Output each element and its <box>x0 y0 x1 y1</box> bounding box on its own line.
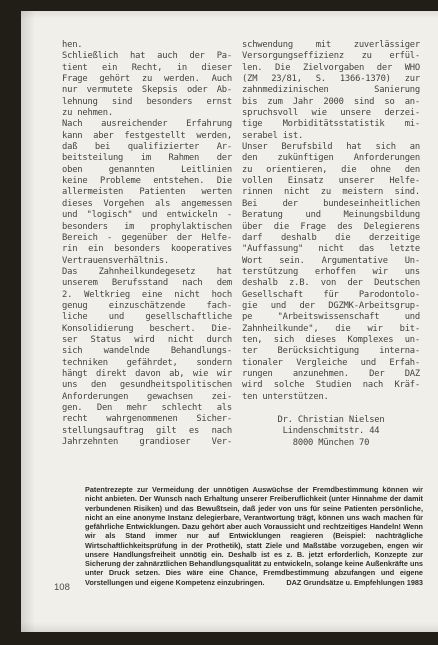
text-line: ten, sich dieses Komplexes un- <box>242 335 420 346</box>
text-line: allermeisten Patienten werten <box>62 187 232 198</box>
text-line: hen. <box>62 40 232 51</box>
text-line: zu nehmen. <box>62 108 232 119</box>
text-line: schwendung mit zuverlässiger <box>242 40 420 51</box>
text-line: Konsolidierung beschert. Die- <box>62 324 232 335</box>
article-right-column: schwendung mit zuverlässigerVersorgungse… <box>242 40 420 449</box>
text-line: besonders im prophylaktischen <box>62 222 232 233</box>
text-line: tige Morbiditätsstatistik mi- <box>242 119 420 130</box>
article-left-column: hen.Schließlich hat auch der Pa-tient ei… <box>62 40 232 449</box>
text-line: darf deshalb die derzeitige <box>242 233 420 244</box>
text-line: Beratung und Meinungsbildung <box>242 210 420 221</box>
text-line: hängt direkt davon ab, wie wir <box>62 369 232 380</box>
text-line: Wort sein. Argumentative Un- <box>242 256 420 267</box>
author-signature-block: Dr. Christian NielsenLindenschmitstr. 44… <box>242 415 420 449</box>
text-line: rinnen nicht zu meistern sind. <box>242 187 420 198</box>
text-line: liche und gesellschaftliche <box>62 312 232 323</box>
text-line: Anforderungen gewachsen zei- <box>62 392 232 403</box>
text-line: techniken gefährdet, sondern <box>62 358 232 369</box>
article-right-column-text: schwendung mit zuverlässigerVersorgungse… <box>242 40 420 403</box>
text-line: Versorgungseffizienz zu erfül- <box>242 51 420 62</box>
text-line: kann aber festgestellt werden, <box>62 131 232 142</box>
text-line: uns den gesundheitspolitischen <box>62 380 232 391</box>
article-body: hen.Schließlich hat auch der Pa-tient ei… <box>62 40 420 449</box>
text-line: keine Probleme entstehen. Die <box>62 176 232 187</box>
text-line: wird solche Studien nach Kräf- <box>242 380 420 391</box>
text-line: Frage gehört zu werden. Auch <box>62 74 232 85</box>
text-line: genug einzuschätzende fach- <box>62 301 232 312</box>
text-line: oben genannten Leitlinien <box>62 165 232 176</box>
text-line: dieses Vorgehen als angemessen <box>62 199 232 210</box>
text-line: Bei der bundeseinheitlichen <box>242 199 420 210</box>
text-line: Gesellschaft für Parodontolo- <box>242 290 420 301</box>
text-line: recht wahrgenommenen Sicher- <box>62 414 232 425</box>
text-line: deshalb z.B. von der Deutschen <box>242 278 420 289</box>
text-line: Jahrzehnten grandioser Ver- <box>62 437 232 448</box>
text-line: unserem Berufsstand nach dem <box>62 278 232 289</box>
text-line: stellungsauftrag gilt es nach <box>62 426 232 437</box>
text-line: lehnung sind besonders ernst <box>62 97 232 108</box>
text-line: (ZM 23/81, S. 1366-1370) zur <box>242 74 420 85</box>
text-line: terstützung erhoffen wir uns <box>242 267 420 278</box>
page-number: 108 <box>54 582 70 593</box>
text-line: rin ein besonders kooperatives <box>62 244 232 255</box>
text-line: Nach ausreichender Erfahrung <box>62 119 232 130</box>
signature-line: Dr. Christian Nielsen <box>242 415 420 426</box>
text-line: pe "Arbeitswissenschaft und <box>242 312 420 323</box>
text-line: ten unterstützen. <box>242 392 420 403</box>
text-line: Bereich - gegenüber der Helfe- <box>62 233 232 244</box>
text-line: sich wandelnde Behandlungs- <box>62 346 232 357</box>
text-line: nur vermutete Skepsis oder Ab- <box>62 85 232 96</box>
text-line: "Auffassung" nicht das letzte <box>242 244 420 255</box>
text-line: ter Berücksichtigung interna- <box>242 346 420 357</box>
text-line: Das Zahnheilkundegesetz hat <box>62 267 232 278</box>
paper-sheet: hen.Schließlich hat auch der Pa-tient ei… <box>21 11 438 632</box>
scanned-page: hen.Schließlich hat auch der Pa-tient ei… <box>0 0 438 645</box>
text-line: gie und der DGZMK-Arbeitsgrup- <box>242 301 420 312</box>
footer-note-text: Patentrezepte zur Vermeidung der unnötig… <box>85 485 423 587</box>
text-line: 2. Weltkrieg eine nicht hoch <box>62 290 232 301</box>
text-line: spruchsvoll wie unsere derzei- <box>242 108 420 119</box>
text-line: daß bei qualifizierter Ar- <box>62 142 232 153</box>
text-line: Zahnheilkunde", die wir bit- <box>242 324 420 335</box>
signature-line: 8000 München 70 <box>242 438 420 449</box>
text-line: tionaler Vergleiche und Erfah- <box>242 358 420 369</box>
text-line: über die Frage des Delegierens <box>242 222 420 233</box>
text-line: Unser Berufsbild hat sich an <box>242 142 420 153</box>
text-line: tient ein Recht, in dieser <box>62 63 232 74</box>
footer-credit: DAZ Grundsätze u. Empfehlungen 1983 <box>276 578 423 587</box>
text-line: serabel ist. <box>242 131 420 142</box>
text-line: den zukünftigen Anforderungen <box>242 153 420 164</box>
text-line: vollen Einsatz unserer Helfe- <box>242 176 420 187</box>
text-line: Vertrauensverhältnis. <box>62 256 232 267</box>
footer-note: Patentrezepte zur Vermeidung der unnötig… <box>85 485 423 587</box>
signature-line: Lindenschmitstr. 44 <box>242 426 420 437</box>
text-line: zahnmedizinischen Sanierung <box>242 85 420 96</box>
text-line: Schließlich hat auch der Pa- <box>62 51 232 62</box>
text-line: bis zum Jahr 2000 sind so an- <box>242 97 420 108</box>
text-line: zu orientieren, die ohne den <box>242 165 420 176</box>
text-line: ser Status wird nicht durch <box>62 335 232 346</box>
text-line: gen. Den mehr schlecht als <box>62 403 232 414</box>
text-line: und "logisch" und entwickeln - <box>62 210 232 221</box>
text-line: len. Die Zielvorgaben der WHO <box>242 63 420 74</box>
text-line: beitsteilung im Rahmen der <box>62 153 232 164</box>
text-line: rungen anzunehmen. Der DAZ <box>242 369 420 380</box>
